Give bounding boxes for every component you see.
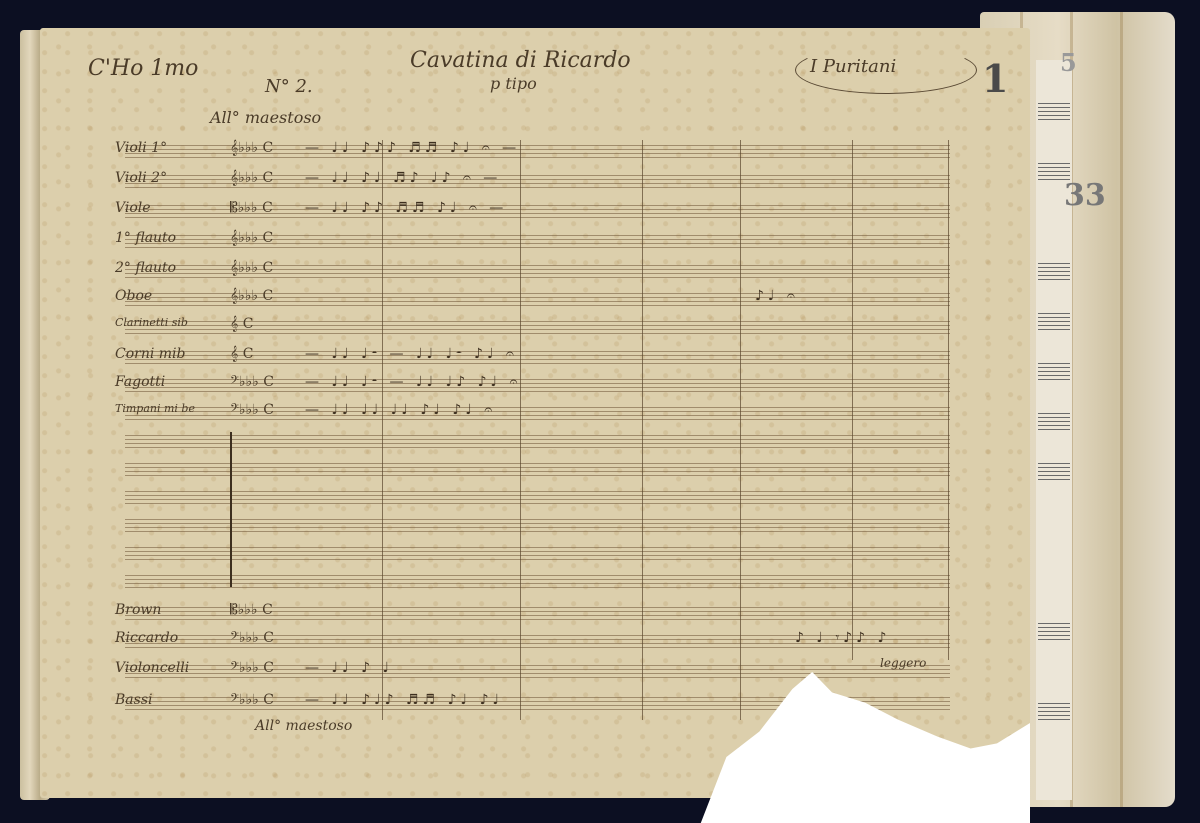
instrument-label: Oboe	[115, 288, 152, 304]
piece-subtitle: p tipo	[490, 74, 537, 93]
printed-staff	[1038, 410, 1070, 430]
printed-score-strip	[1036, 60, 1072, 800]
staff-row: Violi 1° 𝄞♭♭♭ C — ♩♩ ♪♪♪ ♬♬ ♪♩ 𝄐 —	[125, 140, 950, 160]
notes: — ♩♩ ♪♩♪ ♬♬ ♪♩ ♪♩	[305, 692, 503, 708]
printed-staff	[1038, 360, 1070, 380]
staff-row: Violi 2° 𝄞♭♭♭ C — ♩♩ ♪♩ ♬♪ ♩♪ 𝄐 —	[125, 170, 950, 190]
back-page-number: 33	[1064, 178, 1106, 213]
notes: — ♩♩ ♪♪ ♬♬ ♪♩ 𝄐 —	[305, 200, 507, 216]
barline	[740, 140, 741, 720]
notes: ♪♩ 𝄐	[755, 288, 799, 304]
instrument-label: Viole	[115, 200, 151, 216]
printed-staff	[1038, 100, 1070, 120]
notes: — ♩♩ ♩𝄼 — ♩♩ ♩𝄼 ♪♩ 𝄐	[305, 346, 518, 362]
notes: — ♩♩ ♪♪♪ ♬♬ ♪♩ 𝄐 —	[305, 140, 520, 156]
clef-key-signature: 𝄞♭♭♭ C	[230, 170, 273, 186]
staff-row: Corni mib 𝄞 C — ♩♩ ♩𝄼 — ♩♩ ♩𝄼 ♪♩ 𝄐	[125, 346, 950, 366]
notes: — ♩♩ ♪ ♩	[305, 660, 393, 676]
staff-lines	[125, 460, 950, 476]
notes: ♪ ♩ 𝄾♪♪ ♪	[795, 630, 890, 646]
staff-row: 2° flauto 𝄞♭♭♭ C	[125, 260, 950, 280]
staff-row: Viole 𝄡♭♭♭ C — ♩♩ ♪♪ ♬♬ ♪♩ 𝄐 —	[125, 200, 950, 220]
clef-key-signature: 𝄞 C	[230, 346, 253, 362]
printed-staff	[1038, 310, 1070, 330]
corner-label: C'Ho 1mo	[88, 56, 198, 81]
staff-lines	[125, 432, 950, 448]
clef-key-signature: 𝄢♭♭♭ C	[230, 630, 274, 646]
notes: — ♩♩ ♩𝄼 — ♩♩ ♩♪ ♪♩ 𝄐	[305, 374, 521, 390]
instrument-label: Corni mib	[115, 346, 186, 362]
instrument-label: 2° flauto	[115, 260, 176, 276]
clef-key-signature: 𝄢♭♭♭ C	[230, 692, 274, 708]
expression-marking: leggero	[880, 656, 926, 670]
instrument-label: Violi 1°	[115, 140, 167, 156]
printed-staff	[1038, 460, 1070, 480]
clef-key-signature: 𝄞♭♭♭ C	[230, 260, 273, 276]
instrument-label: Bassi	[115, 692, 152, 708]
staff-row: Violoncelli 𝄢♭♭♭ C — ♩♩ ♪ ♩	[125, 660, 950, 680]
piece-number: N° 2.	[265, 76, 313, 97]
notes: — ♩♩ ♪♩ ♬♪ ♩♪ 𝄐 —	[305, 170, 501, 186]
staff-row: Timpani mi be 𝄢♭♭♭ C — ♩♩ ♩♩ ♩♩ ♪♩ ♪♩ 𝄐	[125, 402, 950, 422]
clef-key-signature: 𝄞♭♭♭ C	[230, 288, 273, 304]
opera-title: I Puritani	[810, 56, 896, 77]
clef-key-signature: 𝄢♭♭♭ C	[230, 402, 274, 418]
tempo-marking-top: All° maestoso	[210, 108, 321, 127]
back-page-partial-number: 5	[1060, 48, 1077, 77]
clef-key-signature: 𝄢♭♭♭ C	[230, 660, 274, 676]
instrument-label: Fagotti	[115, 374, 165, 390]
page-edge	[1120, 12, 1123, 807]
printed-staff	[1038, 160, 1070, 180]
instrument-label: Timpani mi be	[115, 402, 195, 415]
staff-row: Fagotti 𝄢♭♭♭ C — ♩♩ ♩𝄼 — ♩♩ ♩♪ ♪♩ 𝄐	[125, 374, 950, 394]
printed-staff	[1038, 260, 1070, 280]
clef-key-signature: 𝄞♭♭♭ C	[230, 140, 273, 156]
barline	[520, 140, 521, 720]
staff-row: 1° flauto 𝄞♭♭♭ C	[125, 230, 950, 250]
barline	[948, 140, 949, 660]
upper-staff-system: Violi 1° 𝄞♭♭♭ C — ♩♩ ♪♪♪ ♬♬ ♪♩ 𝄐 — Violi…	[125, 140, 950, 420]
printed-staff	[1038, 700, 1070, 720]
staff-lines	[125, 516, 950, 532]
staff-lines	[125, 572, 950, 588]
clef-key-signature: 𝄡♭♭♭ C	[230, 602, 273, 618]
sheet-number: 1	[982, 56, 1008, 101]
barline	[642, 140, 643, 720]
piece-title: Cavatina di Ricardo	[410, 48, 631, 73]
staff-row: Brown 𝄡♭♭♭ C	[125, 602, 950, 622]
tempo-marking-bottom: All° maestoso	[255, 718, 352, 734]
empty-staves	[125, 432, 950, 592]
notes: — ♩♩ ♩♩ ♩♩ ♪♩ ♪♩ 𝄐	[305, 402, 496, 418]
clef-key-signature: 𝄡♭♭♭ C	[230, 200, 273, 216]
clef-key-signature: 𝄞♭♭♭ C	[230, 230, 273, 246]
staff-row: Oboe 𝄞♭♭♭ C ♪♩ 𝄐	[125, 288, 950, 308]
instrument-label: Brown	[115, 602, 161, 618]
instrument-label: Violoncelli	[115, 660, 189, 676]
clef-key-signature: 𝄢♭♭♭ C	[230, 374, 274, 390]
barline	[382, 140, 383, 720]
system-divider-line	[230, 432, 232, 587]
staff-row: Clarinetti sib 𝄞 C	[125, 316, 950, 336]
instrument-label: Violi 2°	[115, 170, 167, 186]
instrument-label: Riccardo	[115, 630, 178, 646]
barline	[852, 140, 853, 660]
staff-row: Riccardo 𝄢♭♭♭ C ♪ ♩ 𝄾♪♪ ♪	[125, 630, 950, 650]
instrument-label: 1° flauto	[115, 230, 176, 246]
instrument-label: Clarinetti sib	[115, 316, 188, 329]
printed-staff	[1038, 620, 1070, 640]
clef-key-signature: 𝄞 C	[230, 316, 253, 332]
staff-lines	[125, 488, 950, 504]
staff-lines	[125, 544, 950, 560]
